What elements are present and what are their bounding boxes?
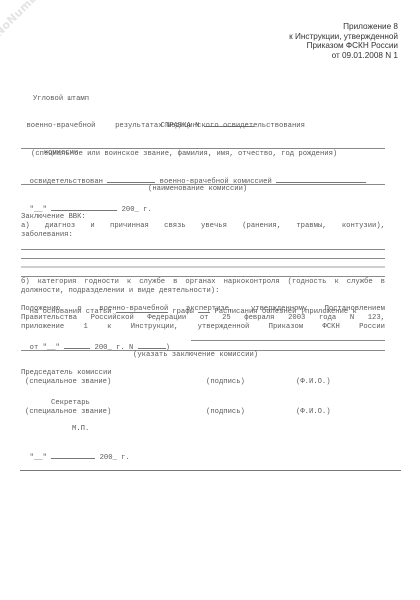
commission-field[interactable] xyxy=(276,175,366,183)
person-field[interactable] xyxy=(21,148,385,149)
conclusion-caption: (указать заключение комиссии) xyxy=(133,351,258,360)
signature-date: "__" 200_ г. xyxy=(21,442,130,463)
order-number-field[interactable] xyxy=(138,341,166,349)
conclusion-b-line1: б) категория годности к службе в органах… xyxy=(21,278,385,287)
secretary-rank: (специальное звание) xyxy=(25,408,111,417)
secretary-label: Секретарь xyxy=(51,399,90,408)
conclusion-field-1[interactable] xyxy=(191,340,385,341)
chairman-rank: (специальное звание) xyxy=(25,378,111,387)
secretary-name: (Ф.И.О.) xyxy=(296,408,331,417)
chairman-name: (Ф.И.О.) xyxy=(296,378,331,387)
basis-line4: приложение 1 к Инструкции, утвержденной … xyxy=(21,323,385,332)
conclusion-b-line2: должности, подразделении и виде деятельн… xyxy=(21,287,219,296)
diagnosis-field-4[interactable] xyxy=(21,276,385,277)
conclusion-a-line2: заболевания: xyxy=(21,231,73,240)
header-line: к Инструкции, утвержденной xyxy=(198,32,398,42)
stamp-line: Угловой штамп xyxy=(18,95,104,104)
appendix-header: Приложение 8 к Инструкции, утвержденной … xyxy=(198,22,398,60)
chairman-signature: (подпись) xyxy=(206,378,245,387)
diagnosis-field-1[interactable] xyxy=(21,249,385,250)
header-line: Приказом ФСКН России xyxy=(198,41,398,51)
conclusion-a-line1: а) диагноз и причинная связь увечья (ран… xyxy=(21,222,385,231)
date-line: "__" 200_ г. xyxy=(21,194,152,215)
secretary-signature: (подпись) xyxy=(206,408,245,417)
basis-line2: Положению о военно-врачебной экспертизе,… xyxy=(21,305,385,314)
commission-caption: (наименование комиссии) xyxy=(148,185,247,194)
doc-subtitle: результатах медицинского освидетельствов… xyxy=(0,122,420,131)
seal-label: М.П. xyxy=(72,425,89,434)
examined-date-field[interactable] xyxy=(107,175,155,183)
header-line: от 09.01.2008 N 1 xyxy=(198,51,398,61)
diagnosis-field-3[interactable] xyxy=(21,266,385,268)
date-month-field[interactable] xyxy=(51,203,117,211)
chairman-label: Председатель комиссии xyxy=(21,369,112,378)
person-caption: (специальное или воинское звание, фамили… xyxy=(31,150,337,159)
conclusion-heading: Заключение ВВК: xyxy=(21,213,86,222)
bottom-divider xyxy=(20,470,401,471)
diagnosis-field-2[interactable] xyxy=(21,258,385,259)
header-line: Приложение 8 xyxy=(198,22,398,32)
basis-line3: Правительства Российской Федерации от 25… xyxy=(21,314,385,323)
watermark: NoNumber.ru xyxy=(0,0,61,39)
signature-date-field[interactable] xyxy=(51,451,95,459)
order-date-field[interactable] xyxy=(64,341,90,349)
